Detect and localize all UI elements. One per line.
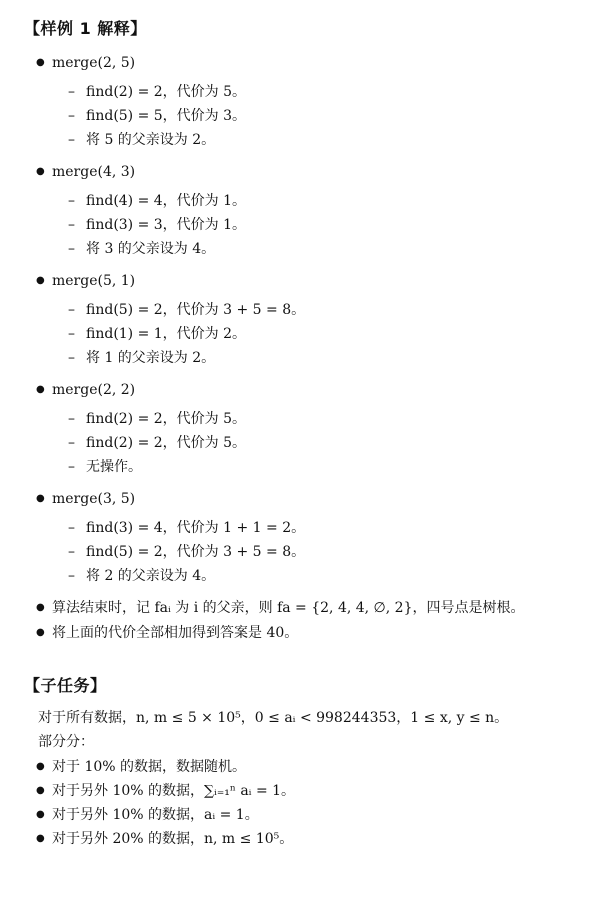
subtask-text: 对于另外 20% 的数据，n, m ≤ 10⁵。 xyxy=(52,831,293,847)
dash-icon: – xyxy=(68,409,86,429)
step-item: –将 1 的父亲设为 2。 xyxy=(68,348,215,368)
dash-icon: – xyxy=(68,518,86,538)
step-item: –find(4) = 4，代价为 1。 xyxy=(68,191,246,211)
dash-icon: – xyxy=(68,324,86,344)
step-item: –将 3 的父亲设为 4。 xyxy=(68,239,215,259)
dash-icon: – xyxy=(68,239,86,259)
summary-text: 将上面的代价全部相加得到答案是 40。 xyxy=(52,625,298,641)
step-text: 将 5 的父亲设为 2。 xyxy=(86,132,215,148)
dash-icon: – xyxy=(68,457,86,477)
subtask-item: ●对于另外 20% 的数据，n, m ≤ 10⁵。 xyxy=(36,829,293,849)
step-text: find(3) = 3，代价为 1。 xyxy=(86,217,246,233)
bullet-icon: ● xyxy=(36,623,52,643)
step-text: find(5) = 5，代价为 3。 xyxy=(86,108,246,124)
summary-text: 算法结束时，记 faᵢ 为 i 的父亲，则 fa = {2, 4, 4, ∅, … xyxy=(52,600,524,616)
step-text: find(5) = 2，代价为 3 + 5 = 8。 xyxy=(86,302,305,318)
bullet-icon: ● xyxy=(36,598,52,618)
bullet-icon: ● xyxy=(36,162,52,182)
step-text: find(1) = 1，代价为 2。 xyxy=(86,326,246,342)
dash-icon: – xyxy=(68,106,86,126)
step-item: –find(2) = 2，代价为 5。 xyxy=(68,433,246,453)
step-item: –find(5) = 2，代价为 3 + 5 = 8。 xyxy=(68,542,305,562)
subtask-item: ●对于 10% 的数据，数据随机。 xyxy=(36,757,246,777)
bullet-icon: ● xyxy=(36,489,52,509)
step-item: –将 2 的父亲设为 4。 xyxy=(68,566,215,586)
merge-call: merge(2, 2) xyxy=(52,382,135,398)
step-text: find(5) = 2，代价为 3 + 5 = 8。 xyxy=(86,544,305,560)
step-item: –find(1) = 1，代价为 2。 xyxy=(68,324,246,344)
step-item: –find(3) = 4，代价为 1 + 1 = 2。 xyxy=(68,518,305,538)
step-text: 将 2 的父亲设为 4。 xyxy=(86,568,215,584)
step-text: find(2) = 2，代价为 5。 xyxy=(86,411,246,427)
merge-call: merge(5, 1) xyxy=(52,273,135,289)
dash-icon: – xyxy=(68,130,86,150)
dash-icon: – xyxy=(68,82,86,102)
bullet-icon: ● xyxy=(36,53,52,73)
step-item: –find(3) = 3，代价为 1。 xyxy=(68,215,246,235)
subtasks-heading: 【子任务】 xyxy=(24,673,107,696)
constraint-text: 对于所有数据，n, m ≤ 5 × 10⁵，0 ≤ aᵢ < 998244353… xyxy=(38,708,508,728)
dash-icon: – xyxy=(68,433,86,453)
bullet-icon: ● xyxy=(36,781,52,801)
summary-item: ●将上面的代价全部相加得到答案是 40。 xyxy=(36,623,298,643)
dash-icon: – xyxy=(68,348,86,368)
subtask-text: 对于 10% 的数据，数据随机。 xyxy=(52,759,246,775)
dash-icon: – xyxy=(68,566,86,586)
step-text: 将 3 的父亲设为 4。 xyxy=(86,241,215,257)
subtask-item: ●对于另外 10% 的数据，aᵢ = 1。 xyxy=(36,805,259,825)
step-text: find(3) = 4，代价为 1 + 1 = 2。 xyxy=(86,520,305,536)
step-item: –find(2) = 2，代价为 5。 xyxy=(68,409,246,429)
summary-item: ●算法结束时，记 faᵢ 为 i 的父亲，则 fa = {2, 4, 4, ∅,… xyxy=(36,598,524,618)
merge-item: ●merge(2, 2) xyxy=(36,380,135,400)
step-item: –find(5) = 5，代价为 3。 xyxy=(68,106,246,126)
bullet-icon: ● xyxy=(36,757,52,777)
merge-item: ●merge(3, 5) xyxy=(36,489,135,509)
bullet-icon: ● xyxy=(36,805,52,825)
dash-icon: – xyxy=(68,542,86,562)
bullet-icon: ● xyxy=(36,829,52,849)
step-text: 无操作。 xyxy=(86,459,142,475)
merge-call: merge(2, 5) xyxy=(52,55,135,71)
merge-item: ●merge(4, 3) xyxy=(36,162,135,182)
subtask-item: ●对于另外 10% 的数据，∑ᵢ₌₁ⁿ aᵢ = 1。 xyxy=(36,781,295,801)
subtask-text: 对于另外 10% 的数据，∑ᵢ₌₁ⁿ aᵢ = 1。 xyxy=(52,783,295,799)
dash-icon: – xyxy=(68,300,86,320)
step-text: find(4) = 4，代价为 1。 xyxy=(86,193,246,209)
step-item: –将 5 的父亲设为 2。 xyxy=(68,130,215,150)
dash-icon: – xyxy=(68,191,86,211)
merge-item: ●merge(5, 1) xyxy=(36,271,135,291)
step-text: find(2) = 2，代价为 5。 xyxy=(86,435,246,451)
merge-call: merge(3, 5) xyxy=(52,491,135,507)
step-item: –无操作。 xyxy=(68,457,142,477)
bullet-icon: ● xyxy=(36,380,52,400)
step-text: find(2) = 2，代价为 5。 xyxy=(86,84,246,100)
step-item: –find(5) = 2，代价为 3 + 5 = 8。 xyxy=(68,300,305,320)
bullet-icon: ● xyxy=(36,271,52,291)
step-item: –find(2) = 2，代价为 5。 xyxy=(68,82,246,102)
dash-icon: – xyxy=(68,215,86,235)
step-text: 将 1 的父亲设为 2。 xyxy=(86,350,215,366)
merge-item: ●merge(2, 5) xyxy=(36,53,135,73)
partial-label: 部分分： xyxy=(38,732,94,752)
merge-call: merge(4, 3) xyxy=(52,164,135,180)
subtask-text: 对于另外 10% 的数据，aᵢ = 1。 xyxy=(52,807,259,823)
sample-explanation-heading: 【样例 1 解释】 xyxy=(24,16,147,39)
